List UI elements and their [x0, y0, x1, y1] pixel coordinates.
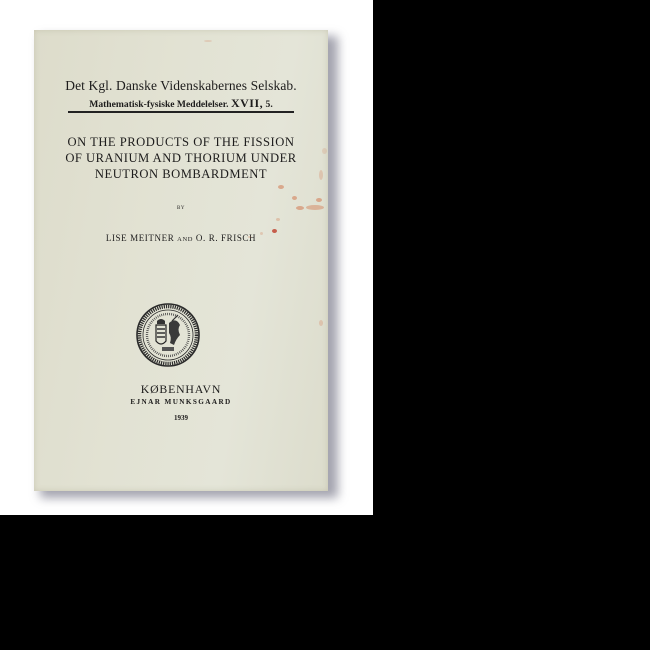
- royal-danish-academy-seal-icon: [136, 303, 200, 367]
- author-1: LISE MEITNER: [106, 233, 174, 243]
- series-line: Mathematisk-fysiske Meddelelser. XVII, 5…: [34, 96, 328, 111]
- title-line: NEUTRON BOMBARDMENT: [34, 166, 328, 182]
- title-line: OF URANIUM AND THORIUM UNDER: [34, 150, 328, 166]
- publication-year: 1939: [34, 414, 328, 422]
- by-label: BY: [34, 206, 328, 211]
- series-name: Mathematisk-fysiske Meddelelser.: [89, 99, 228, 110]
- paper-title: ON THE PRODUCTS OF THE FISSION OF URANIU…: [34, 134, 328, 182]
- header-rule: [68, 111, 294, 113]
- series-number: 5.: [266, 99, 273, 110]
- document-cover-page: Det Kgl. Danske Videnskabernes Selskab. …: [34, 30, 328, 491]
- publisher-header: Det Kgl. Danske Videnskabernes Selskab.: [34, 78, 328, 94]
- author-conjunction: AND: [177, 236, 193, 243]
- city: KØBENHAVN: [34, 382, 328, 397]
- title-line: ON THE PRODUCTS OF THE FISSION: [34, 134, 328, 150]
- author-2: O. R. FRISCH: [196, 233, 256, 243]
- publisher-name: EJNAR MUNKSGAARD: [34, 398, 328, 406]
- series-volume: XVII,: [231, 96, 263, 110]
- authors-line: LISE MEITNER AND O. R. FRISCH: [34, 233, 328, 243]
